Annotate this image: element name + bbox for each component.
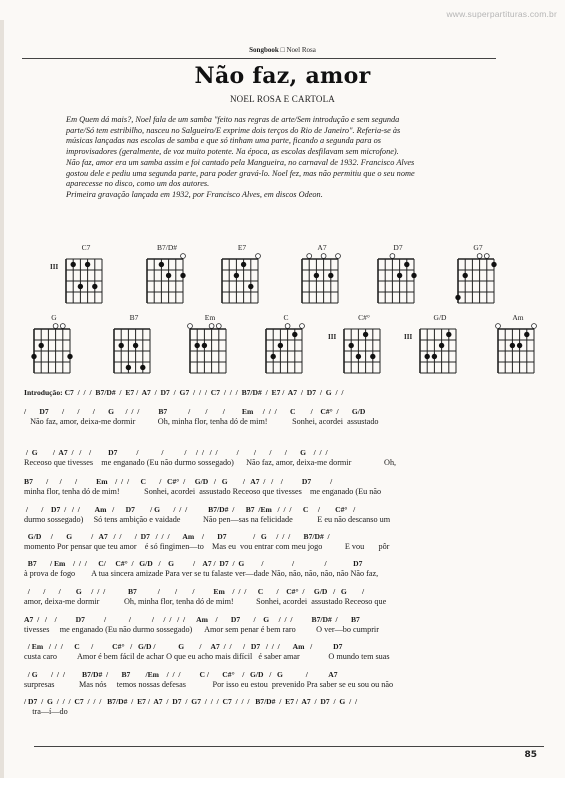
- fretboard-icon: [494, 325, 542, 377]
- chord-line: / Em / / / C / C#° / G/D / G / A7 / / / …: [24, 642, 342, 651]
- chord-diagram: G: [30, 313, 90, 373]
- chord-name: B7: [110, 313, 158, 322]
- intro-line: músicas lançadas nas escolas de samba e …: [66, 136, 506, 147]
- header-rule: [22, 58, 496, 59]
- chord-name: C#°: [340, 313, 388, 322]
- chord-diagram: G/DIII: [416, 313, 476, 373]
- fret-position-label: III: [50, 263, 58, 271]
- chord-diagram: C: [262, 313, 322, 373]
- lyric-line: momento Por pensar que teu amor é só fin…: [24, 542, 389, 551]
- fretboard-icon: [218, 255, 266, 307]
- chord-name: C7: [62, 243, 110, 252]
- intro-line: gostou dele e pediu uma segunda parte, p…: [66, 169, 506, 180]
- chord-diagram: Em: [186, 313, 246, 373]
- intro-chords: Introdução: C7 / / / B7/D# / E7 / A7 / D…: [24, 388, 343, 397]
- chord-line: / D7 / G / / / C7 / / / B7/D# / E7 / A7 …: [24, 697, 357, 706]
- chord-diagram: B7/D#: [143, 243, 203, 303]
- chord-line: / / D7 / / / Am / D7 / G / / / B7/D# / B…: [24, 505, 355, 514]
- fretboard-icon: [186, 325, 234, 377]
- chord-diagram: Am: [494, 313, 554, 373]
- chord-diagram: B7: [110, 313, 170, 373]
- book-label: Songbook: [249, 46, 279, 54]
- fret-position-label: III: [404, 333, 412, 341]
- chord-name: G: [30, 313, 78, 322]
- lyric-line: minha flor, tenha dó de mim! Sonhei, aco…: [24, 487, 381, 496]
- lyric-line: surpresas Mas nós temos nossas defesas P…: [24, 680, 393, 689]
- chord-diagram: E7: [218, 243, 278, 303]
- chord-name: C: [262, 313, 310, 322]
- chord-line: / G / A7 / / / D7 / / / / / / / / / / / …: [24, 448, 328, 457]
- chord-name: G7: [454, 243, 502, 252]
- artist-label: Noel Rosa: [286, 46, 315, 54]
- fretboard-icon: [416, 325, 464, 377]
- lyric-line: durmo sossegado) Só tens ambição e vaida…: [24, 515, 390, 524]
- intro-line: Em Quem dá mais?, Noel fala de um samba …: [66, 115, 506, 126]
- watermark[interactable]: www.superpartituras.com.br: [446, 9, 557, 19]
- intro-line: parte/Só tem estribilho, nasceu no Salgu…: [66, 126, 506, 137]
- chord-diagram: G7: [454, 243, 514, 303]
- fretboard-icon: [298, 255, 346, 307]
- footer-rule: [34, 746, 544, 747]
- chord-diagram: C#°III: [340, 313, 400, 373]
- chord-diagram: D7: [374, 243, 434, 303]
- songbook-page: www.superpartituras.com.br Songbook □ No…: [0, 0, 565, 778]
- chord-line: A7 / / / D7 / / / / / / / Am / D7 / G / …: [24, 615, 360, 624]
- lyric-line: amor, deixa-me dormir Oh, minha flor, te…: [24, 597, 386, 606]
- chord-line: G/D / G / A7 / / / D7 / / / Am / D7 / G …: [24, 532, 330, 541]
- separator: □: [280, 46, 284, 54]
- chord-name: G/D: [416, 313, 464, 322]
- chord-line: / G / / / B7/D# / B7 /Em / / / C / C#° /…: [24, 670, 338, 679]
- chord-name: Am: [494, 313, 542, 322]
- fretboard-icon: [454, 255, 502, 307]
- intro-line: improvisadores (geralmente, de voz muito…: [66, 147, 506, 158]
- fretboard-icon: [62, 255, 110, 307]
- lyric-line: Não faz, amor, deixa-me dormir Oh, minha…: [24, 417, 379, 426]
- fretboard-icon: [374, 255, 422, 307]
- lyric-line: Receoso que tivesses me enganado (Eu não…: [24, 458, 396, 467]
- lyric-line: à prova de fogo A tua sincera amizade Pa…: [24, 569, 378, 578]
- chord-line: / D7 / / / G / / / B7 / / / Em / / / C /…: [24, 407, 365, 416]
- intro-line: Primeira gravação lançada em 1932, por F…: [66, 190, 506, 201]
- intro-line: aparecesse no disco, como um dos autores…: [66, 179, 506, 190]
- fretboard-icon: [143, 255, 191, 307]
- chord-name: Em: [186, 313, 234, 322]
- chord-line: B7 / / / Em / / / C / C#° / G/D / G / A7…: [24, 477, 332, 486]
- page-edge: [0, 20, 4, 778]
- chord-diagram: C7III: [62, 243, 122, 303]
- lyric-line: custa caro Amor é bem fácil de achar O q…: [24, 652, 390, 661]
- chord-name: D7: [374, 243, 422, 252]
- chord-name: E7: [218, 243, 266, 252]
- chord-line: B7 / Em / / / C/ C#° / G/D / G / A7 / D7…: [24, 559, 362, 568]
- lyric-line: tra—í—do: [24, 707, 68, 716]
- fretboard-icon: [340, 325, 388, 377]
- intro-line: Não faz, amor era um samba assim e foi c…: [66, 158, 506, 169]
- chord-name: B7/D#: [143, 243, 191, 252]
- fretboard-icon: [262, 325, 310, 377]
- chord-name: A7: [298, 243, 346, 252]
- chord-line: / / / G / / / B7 / / / Em / / / C / C#° …: [24, 587, 364, 596]
- page-number: 85: [524, 750, 537, 760]
- intro-text: Em Quem dá mais?, Noel fala de um samba …: [66, 115, 506, 201]
- song-authors: NOEL ROSA E CARTOLA: [0, 94, 565, 104]
- fret-position-label: III: [328, 333, 336, 341]
- fretboard-icon: [30, 325, 78, 377]
- lyric-line: tivesses me enganado (Eu não durmo sosse…: [24, 625, 379, 634]
- chord-diagram: A7: [298, 243, 358, 303]
- song-title: Não faz, amor: [0, 63, 565, 89]
- running-head: Songbook □ Noel Rosa: [0, 46, 565, 54]
- fretboard-icon: [110, 325, 158, 377]
